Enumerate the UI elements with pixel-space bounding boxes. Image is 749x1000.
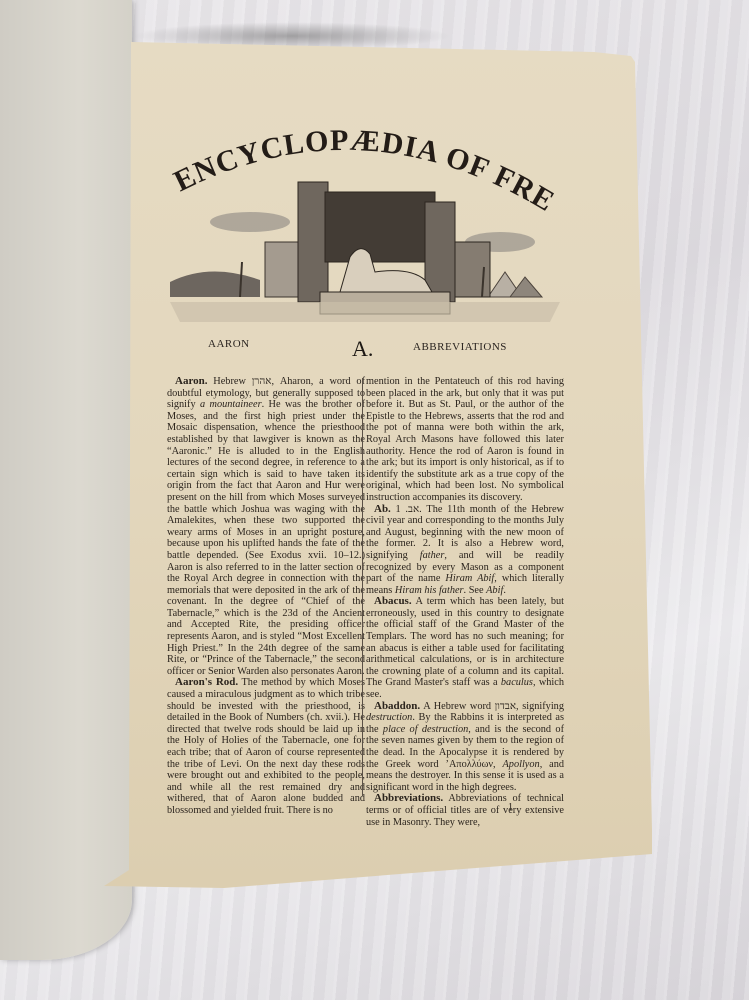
dictionary-entry: Abacus. A term which has been lately, bu… <box>366 596 564 700</box>
entry-text: place of destruction <box>383 724 468 735</box>
entry-text: Hiram Abif <box>445 573 494 584</box>
page-number: 1 <box>508 802 513 813</box>
entry-text: father <box>420 550 445 561</box>
dictionary-entry: Ab. אב. 1. The 11th month of the Hebrew … <box>366 504 564 597</box>
entry-text: destruction <box>366 712 412 723</box>
title-illustration: ENCYCLOPÆDIA OF FREEMASONRY <box>170 122 560 332</box>
running-head-right: ABBREVIATIONS <box>413 341 507 353</box>
entry-headword: Aaron's Rod. <box>175 676 238 688</box>
entry-text: a mountaineer <box>200 399 262 410</box>
entry-headword: Aaron. <box>175 375 208 387</box>
book-page: ENCYCLOPÆDIA OF FREEMASONRY <box>104 40 652 888</box>
entry-text: mention in the Pentateuch of this rod ha… <box>366 376 564 503</box>
entry-headword: Abacus. <box>374 595 412 607</box>
entry-text: baculus <box>501 677 533 688</box>
entry-text: Abif <box>486 585 503 596</box>
entry-headword: Ab. <box>374 503 391 515</box>
entry-text: A term which has been lately, but errone… <box>366 596 564 688</box>
entry-text: Hiram his father <box>395 585 464 596</box>
entry-text: . <box>503 585 506 596</box>
dictionary-entry: mention in the Pentateuch of this rod ha… <box>366 376 564 504</box>
running-head-left: AARON <box>208 338 250 350</box>
left-page-edge <box>0 0 132 960</box>
entry-headword: Abbreviations. <box>374 792 443 804</box>
entry-text: A Hebrew word אבדון, signifying <box>420 701 564 712</box>
dictionary-entry: Abaddon. A Hebrew word אבדון, signifying… <box>366 701 564 794</box>
entry-text: . See <box>464 585 487 596</box>
entry-text: . He was the brother of Moses, and the f… <box>167 399 365 677</box>
dictionary-entry: Abbreviations. Abbreviations of technica… <box>366 793 564 828</box>
column-divider <box>362 378 363 796</box>
section-letter: A. <box>352 336 373 362</box>
dictionary-entry: Aaron's Rod. The method by which Moses c… <box>167 677 365 816</box>
left-column: Aaron. Hebrew אהרן, Aharon, a word of do… <box>167 376 365 817</box>
entry-text: Apollyon <box>503 759 540 770</box>
entry-headword: Abaddon. <box>374 700 420 712</box>
temple-engraving <box>170 162 560 332</box>
right-column: mention in the Pentateuch of this rod ha… <box>366 376 564 828</box>
entry-text: The method by which Moses caused a mirac… <box>167 677 365 816</box>
dictionary-entry: Aaron. Hebrew אהרן, Aharon, a word of do… <box>167 376 365 677</box>
